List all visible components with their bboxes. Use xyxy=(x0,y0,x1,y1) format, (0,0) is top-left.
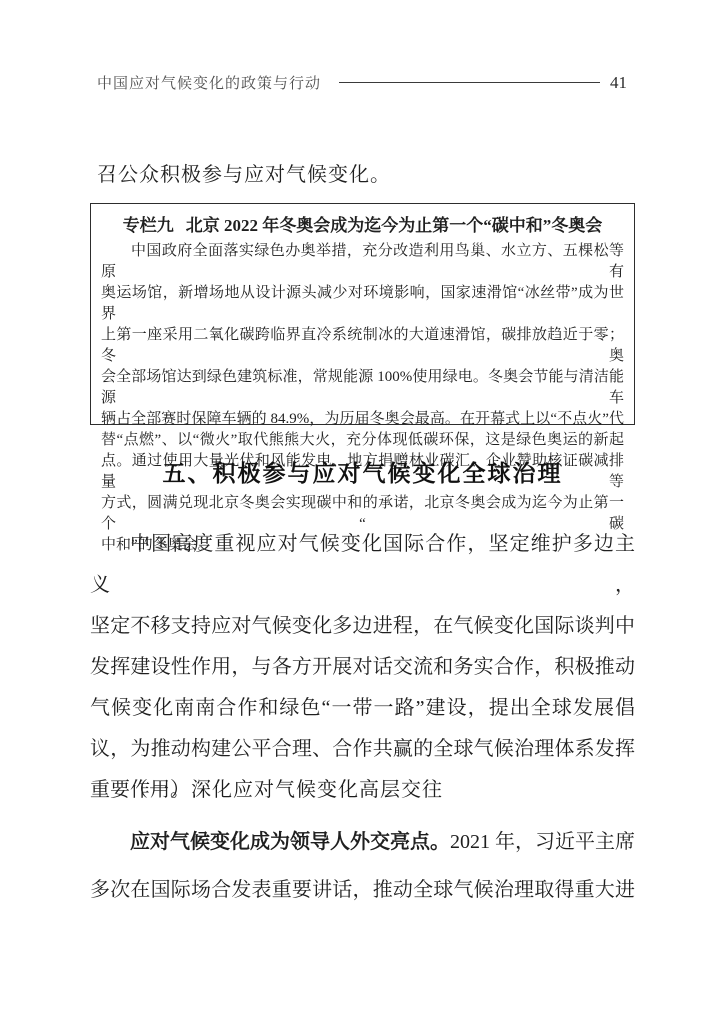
column-box-label: 专栏九 xyxy=(123,216,174,235)
box-body-line: 中国政府全面落实绿色办奥举措，充分改造利用鸟巢、水立方、五棵松等原有 xyxy=(101,241,624,283)
paragraph-line: 多次在国际场合发表重要讲话，推动全球气候治理取得重大进 xyxy=(90,866,635,914)
header-title: 中国应对气候变化的政策与行动 xyxy=(97,72,321,93)
page-number: 41 xyxy=(610,73,627,93)
closing-paragraph: 应对气候变化成为领导人外交亮点。2021 年，习近平主席 多次在国际场合发表重要… xyxy=(90,818,635,914)
box-body-line: 上第一座采用二氧化碳跨临界直冷系统制冰的大道速滑馆，碳排放趋近于零；冬奥 xyxy=(101,325,624,367)
column-box-title-text: 北京 2022 年冬奥会成为迄今为止第一个“碳中和”冬奥会 xyxy=(186,216,603,235)
column-box-body: 中国政府全面落实绿色办奥举措，充分改造利用鸟巢、水立方、五棵松等原有 奥运场馆，… xyxy=(101,241,624,556)
paragraph-line: 发挥建设性作用，与各方开展对话交流和务实合作，积极推动 xyxy=(90,647,635,688)
document-page: 中国应对气候变化的政策与行动 41 召公众积极参与应对气候变化。 专栏九北京 2… xyxy=(0,0,724,1023)
paragraph-line: 坚定不移支持应对气候变化多边进程，在气候变化国际谈判中 xyxy=(90,606,635,647)
box-body-line: 辆占全部赛时保障车辆的 84.9%，为历届冬奥会最高。在开幕式上以“不点火”代 xyxy=(101,409,624,430)
paragraph-line: 气候变化南南合作和绿色“一带一路”建设，提出全球发展倡 xyxy=(90,688,635,729)
header-rule-divider xyxy=(339,82,600,83)
box-body-line: 替“点燃”、以“微火”取代熊熊大火，充分体现低碳环保，这是绿色奥运的新起 xyxy=(101,430,624,451)
column-box-title: 专栏九北京 2022 年冬奥会成为迄今为止第一个“碳中和”冬奥会 xyxy=(101,211,624,236)
subsection-heading: （一）深化应对气候变化高层交往 xyxy=(128,773,443,802)
box-body-line: 会全部场馆达到绿色建筑标准，常规能源 100%使用绿电。冬奥会节能与清洁能源车 xyxy=(101,367,624,409)
section-heading: 五、积极参与应对气候变化全球治理 xyxy=(90,455,635,488)
paragraph-line: 中国高度重视应对气候变化国际合作，坚定维护多边主义， xyxy=(90,524,635,606)
main-paragraph: 中国高度重视应对气候变化国际合作，坚定维护多边主义， 坚定不移支持应对气候变化多… xyxy=(90,524,635,811)
paragraph-line-rest: 2021 年，习近平主席 xyxy=(450,831,635,853)
intro-paragraph-line: 召公众积极参与应对气候变化。 xyxy=(97,158,637,187)
paragraph-line: 议，为推动构建公平合理、合作共赢的全球气候治理体系发挥 xyxy=(90,729,635,770)
paragraph-bold-lead: 应对气候变化成为领导人外交亮点。 xyxy=(130,831,450,853)
column-nine-box: 专栏九北京 2022 年冬奥会成为迄今为止第一个“碳中和”冬奥会 中国政府全面落… xyxy=(90,203,635,425)
page-header: 中国应对气候变化的政策与行动 41 xyxy=(97,72,627,93)
paragraph-line: 应对气候变化成为领导人外交亮点。2021 年，习近平主席 xyxy=(90,818,635,866)
box-body-line: 奥运场馆，新增场地从设计源头减少对环境影响，国家速滑馆“冰丝带”成为世界 xyxy=(101,283,624,325)
